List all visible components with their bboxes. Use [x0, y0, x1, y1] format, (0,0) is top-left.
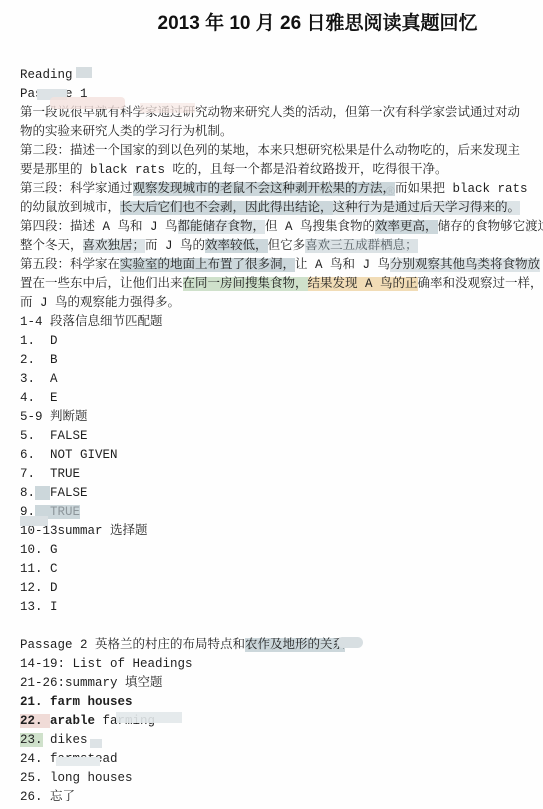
- text-segment: 14-19: List of Headings: [20, 657, 193, 671]
- text-segment: 储存的食物够它渡过: [438, 220, 543, 234]
- text-segment: 喜欢三五成群栖息；: [305, 239, 418, 253]
- text-segment: 喜欢独居；: [83, 239, 146, 253]
- doc-line: 10. G: [20, 541, 543, 560]
- text-segment: 11. C: [20, 562, 58, 576]
- text-segment: Reading: [20, 68, 73, 82]
- doc-line: [20, 617, 543, 636]
- text-segment: 12. D: [20, 581, 58, 595]
- text-segment: 置在一些东中后，让他们出来: [20, 277, 183, 291]
- text-segment: 4. E: [20, 391, 58, 405]
- text-segment: 但 A 鸟搜集食物的: [265, 220, 375, 234]
- text-segment: 整个冬天，: [20, 239, 83, 253]
- text-segment: 23.: [20, 733, 43, 747]
- text-segment: TRUE: [50, 505, 80, 519]
- doc-line: 11. C: [20, 560, 543, 579]
- text-segment: 让 A 鸟和 J 鸟: [295, 258, 390, 272]
- doc-line: 第三段：科学家通过观察发现城市的老鼠不会这种剥开松果的方法，而如果把 black…: [20, 180, 543, 199]
- text-segment: 1-4 段落信息细节匹配题: [20, 315, 163, 329]
- doc-line: 8. FALSE: [20, 484, 543, 503]
- text-segment: 3. A: [20, 372, 58, 386]
- doc-line: 要是那里的 black rats 吃的，且每一个都是沿着纹路拨开，吃得很干净。: [20, 161, 543, 180]
- doc-line: 24. farmstead: [20, 750, 543, 769]
- text-segment: 第二段：描述一个国家的到以色列的某地，本来只想研究松果是什么动物吃的，后来发现主: [20, 144, 520, 158]
- doc-line: 21. farm houses: [20, 693, 543, 712]
- text-segment: 25. long houses: [20, 771, 133, 785]
- doc-line: Passage 2 英格兰的村庄的布局特点和农作及地形的关系: [20, 636, 543, 655]
- text-segment: 而如果把 black rats: [395, 182, 528, 196]
- text-segment: 5-9 判断题: [20, 410, 88, 424]
- doc-line: 置在一些东中后，让他们出来在同一房间搜集食物，结果发现 A 鸟的正确率和没观察过…: [20, 275, 543, 294]
- text-segment: 10-13summar 选择题: [20, 524, 148, 538]
- text-segment: [35, 486, 50, 500]
- doc-line: 5-9 判断题: [20, 408, 543, 427]
- text-segment: 而 J 鸟的观察能力强得多。: [20, 296, 180, 310]
- text-segment: Passage 2 英格兰的村庄的布局特点和: [20, 638, 245, 652]
- doc-line: 物的实验来研究人类的学习行为机制。: [20, 123, 543, 142]
- text-segment: 这种行为是通过后天学习得来的。: [333, 201, 521, 215]
- doc-line: Passage 1: [20, 85, 543, 104]
- text-segment: 效率较低，: [205, 239, 268, 253]
- doc-line: 5. FALSE: [20, 427, 543, 446]
- text-segment: Passage 1: [20, 87, 88, 101]
- doc-line: 9. TRUE: [20, 503, 543, 522]
- text-segment: 效率更高，: [375, 220, 438, 234]
- text-segment: 6. NOT GIVEN: [20, 448, 118, 462]
- text-segment: 第三段：科学家通过: [20, 182, 133, 196]
- text-segment: 要是那里的 black rats 吃的，且每一个都是沿着纹路拨开，吃得很干净。: [20, 163, 448, 177]
- text-segment: 7. TRUE: [20, 467, 80, 481]
- text-segment: 第四段：描述 A 鸟和 J 鸟: [20, 220, 178, 234]
- text-segment: 在同一房间搜集食物，: [183, 277, 308, 291]
- text-segment: 1. D: [20, 334, 58, 348]
- text-segment: 农作及地形的关系: [245, 638, 345, 652]
- page-title: 2013 年 10 月 26 日雅思阅读真题回忆: [0, 12, 543, 36]
- text-segment: 观察发现城市的老鼠不会这种剥开松果的方法，: [133, 182, 396, 196]
- text-segment: 9.: [20, 505, 35, 519]
- doc-line: 第四段：描述 A 鸟和 J 鸟都能储存食物，但 A 鸟搜集食物的效率更高，储存的…: [20, 218, 543, 237]
- text-segment: 第一段说很早就有科学家通过研究动物来研究人类的活动，但第一次有科学家尝试通过对动: [20, 106, 520, 120]
- doc-line: 6. NOT GIVEN: [20, 446, 543, 465]
- text-segment: 24. farmstead: [20, 752, 118, 766]
- text-segment: 而 J 鸟的: [145, 239, 205, 253]
- doc-line: 22. arable farming: [20, 712, 543, 731]
- doc-line: 2. B: [20, 351, 543, 370]
- text-segment: 第五段：科学家在: [20, 258, 120, 272]
- text-segment: 13. I: [20, 600, 58, 614]
- text-segment: 26. 忘了: [20, 790, 75, 804]
- text-segment: 8.: [20, 486, 35, 500]
- registered-trademark-watermark: ®: [386, 184, 395, 198]
- text-segment: [35, 505, 50, 519]
- text-segment: 2. B: [20, 353, 58, 367]
- doc-line: 25. long houses: [20, 769, 543, 788]
- text-segment: 21. farm houses: [20, 695, 133, 709]
- doc-line: 7. TRUE: [20, 465, 543, 484]
- doc-line: 1. D: [20, 332, 543, 351]
- doc-line: 14-19: List of Headings: [20, 655, 543, 674]
- text-segment: 物的实验来研究人类的学习行为机制。: [20, 125, 233, 139]
- text-segment: farming: [95, 714, 155, 728]
- doc-line: Reading: [20, 66, 543, 85]
- doc-line: 1-4 段落信息细节匹配题: [20, 313, 543, 332]
- text-segment: 21-26:summary 填空题: [20, 676, 163, 690]
- text-segment: 10. G: [20, 543, 58, 557]
- text-segment: FALSE: [50, 486, 88, 500]
- text-segment: 分别观察其他鸟类将食物放: [390, 258, 540, 272]
- doc-line: 10-13summar 选择题: [20, 522, 543, 541]
- document-body: ReadingPassage 1第一段说很早就有科学家通过研究动物来研究人类的活…: [0, 66, 543, 807]
- text-segment: 结果发现 A 鸟的正: [308, 277, 418, 291]
- doc-line: 第一段说很早就有科学家通过研究动物来研究人类的活动，但第一次有科学家尝试通过对动: [20, 104, 543, 123]
- text-segment: 的幼鼠放到城市，: [20, 201, 120, 215]
- doc-line: 的幼鼠放到城市，长大后它们也不会剥，因此得出结论，这种行为是通过后天学习得来的。: [20, 199, 543, 218]
- doc-line: 4. E: [20, 389, 543, 408]
- doc-line: 第二段：描述一个国家的到以色列的某地，本来只想研究松果是什么动物吃的，后来发现主: [20, 142, 543, 161]
- text-segment: 都能储存食物，: [178, 220, 266, 234]
- doc-line: 而 J 鸟的观察能力强得多。: [20, 294, 543, 313]
- doc-line: 23. dikes: [20, 731, 543, 750]
- text-segment: 22.: [20, 714, 50, 728]
- text-segment: 实验室的地面上布置了很多洞，: [120, 258, 295, 272]
- text-segment: dikes: [43, 733, 88, 747]
- text-segment: 5. FALSE: [20, 429, 88, 443]
- text-segment: 长大后它们也不会剥，因此得出结论，: [120, 201, 333, 215]
- doc-line: 整个冬天，喜欢独居；而 J 鸟的效率较低，但它多喜欢三五成群栖息；: [20, 237, 543, 256]
- doc-line: 26. 忘了: [20, 788, 543, 807]
- doc-line: 3. A: [20, 370, 543, 389]
- text-segment: 确率和没观察过一样，: [418, 277, 543, 291]
- doc-line: 12. D: [20, 579, 543, 598]
- doc-line: 13. I: [20, 598, 543, 617]
- text-segment: 但它多: [268, 239, 306, 253]
- document-page: 2013 年 10 月 26 日雅思阅读真题回忆 ReadingPassage …: [0, 0, 543, 809]
- doc-line: 第五段：科学家在实验室的地面上布置了很多洞，让 A 鸟和 J 鸟分别观察其他鸟类…: [20, 256, 543, 275]
- doc-line: 21-26:summary 填空题: [20, 674, 543, 693]
- text-segment: arable: [50, 714, 95, 728]
